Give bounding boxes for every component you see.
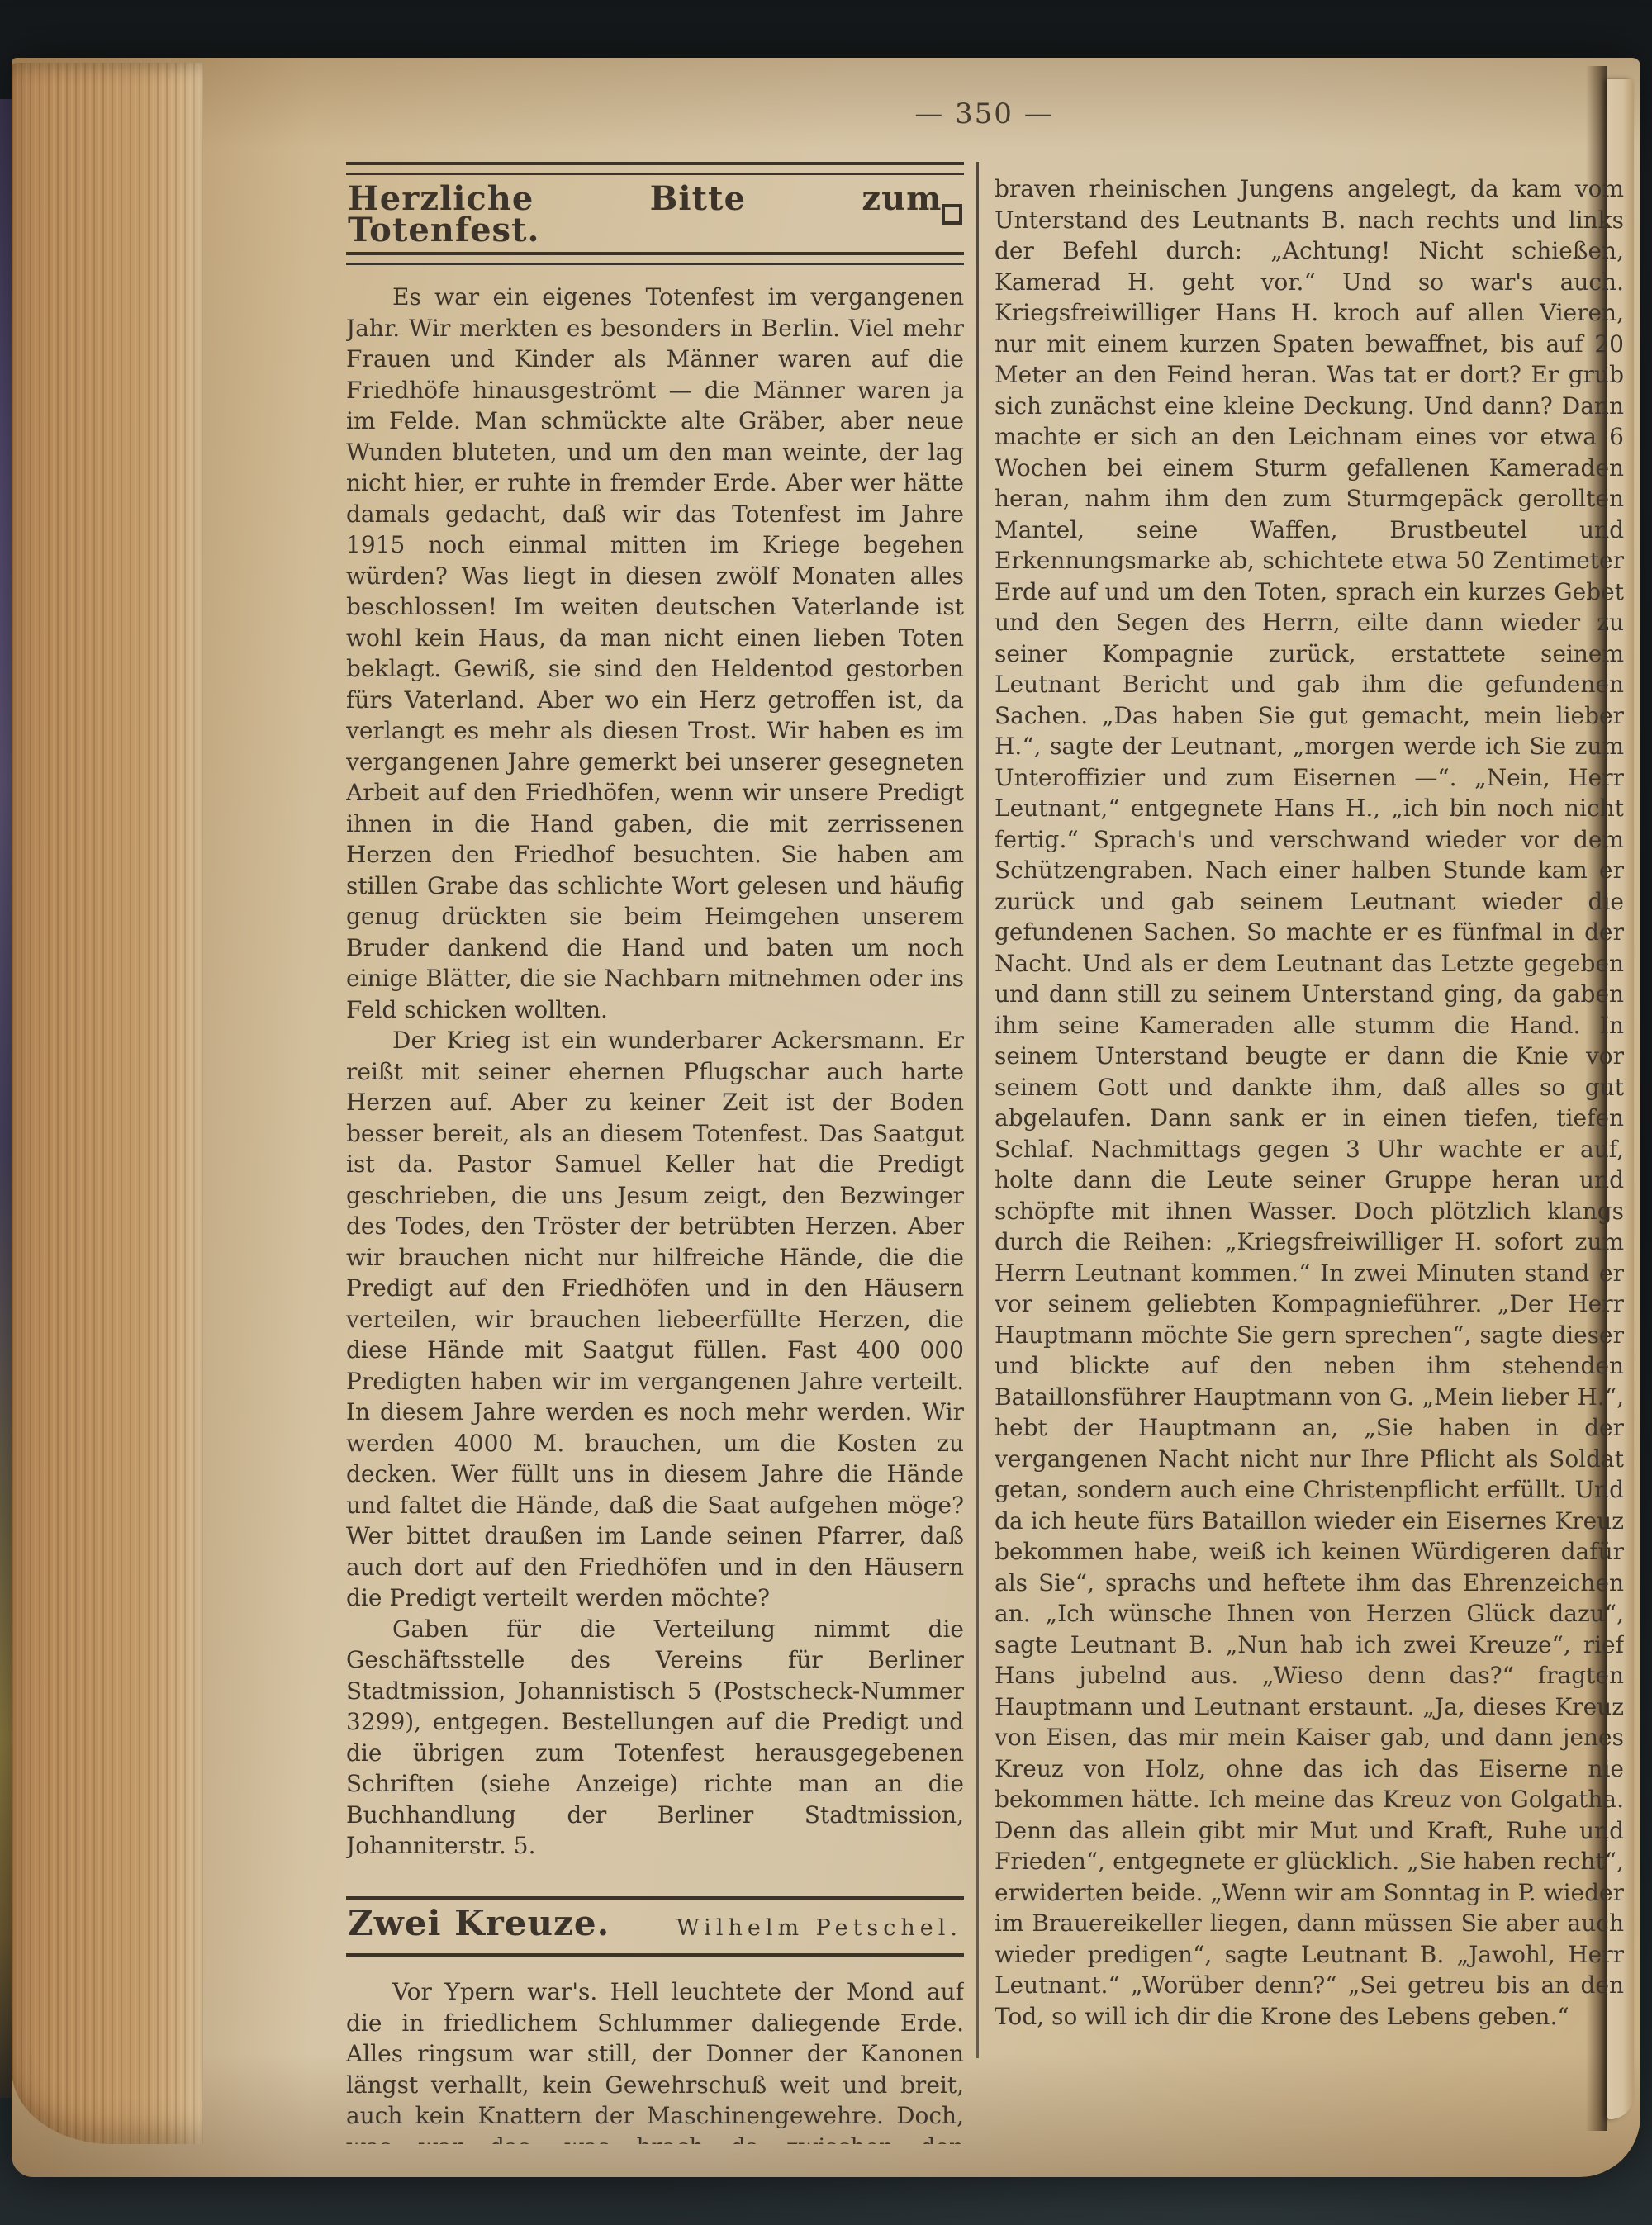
article1-title: Herzliche Bitte zum Totenfest. — [348, 183, 942, 245]
left-column: Herzliche Bitte zum Totenfest. Es war ei… — [346, 162, 964, 2144]
open-square-icon — [942, 204, 962, 225]
article2-title: Zwei Kreuze. — [348, 1908, 610, 1939]
printed-content: — 350 — Herzliche Bitte zum Totenfest. E… — [12, 58, 1640, 2177]
heading-rule-bottom — [346, 1953, 964, 1957]
article1-paragraph: Es war ein eigenes Totenfest im vergange… — [346, 282, 964, 1025]
article2-author: Wilhelm Petschel. — [676, 1913, 962, 1944]
right-column: braven rheinischen Jungens angelegt, da … — [995, 173, 1624, 2139]
article1-paragraph: Der Krieg ist ein wunderbarer Ackersmann… — [346, 1025, 964, 1614]
book-scan-photo: — 350 — Herzliche Bitte zum Totenfest. E… — [0, 0, 1652, 2225]
heading-rule-bottom — [346, 252, 964, 265]
article1-paragraph: Gaben für die Verteilung nimmt die Gesch… — [346, 1614, 964, 1862]
article2-continuation: braven rheinischen Jungens angelegt, da … — [995, 173, 1624, 2032]
article2-paragraph: Vor Ypern war's. Hell leuchtete der Mond… — [346, 1976, 964, 2144]
heading-rule-top — [346, 162, 964, 175]
article1-heading-block: Herzliche Bitte zum Totenfest. — [346, 162, 964, 265]
book-page: — 350 — Herzliche Bitte zum Totenfest. E… — [12, 58, 1640, 2177]
article2-heading-block: Zwei Kreuze. Wilhelm Petschel. — [346, 1896, 964, 1957]
column-divider-rule — [976, 162, 979, 2058]
page-number: — 350 — — [346, 97, 1622, 130]
